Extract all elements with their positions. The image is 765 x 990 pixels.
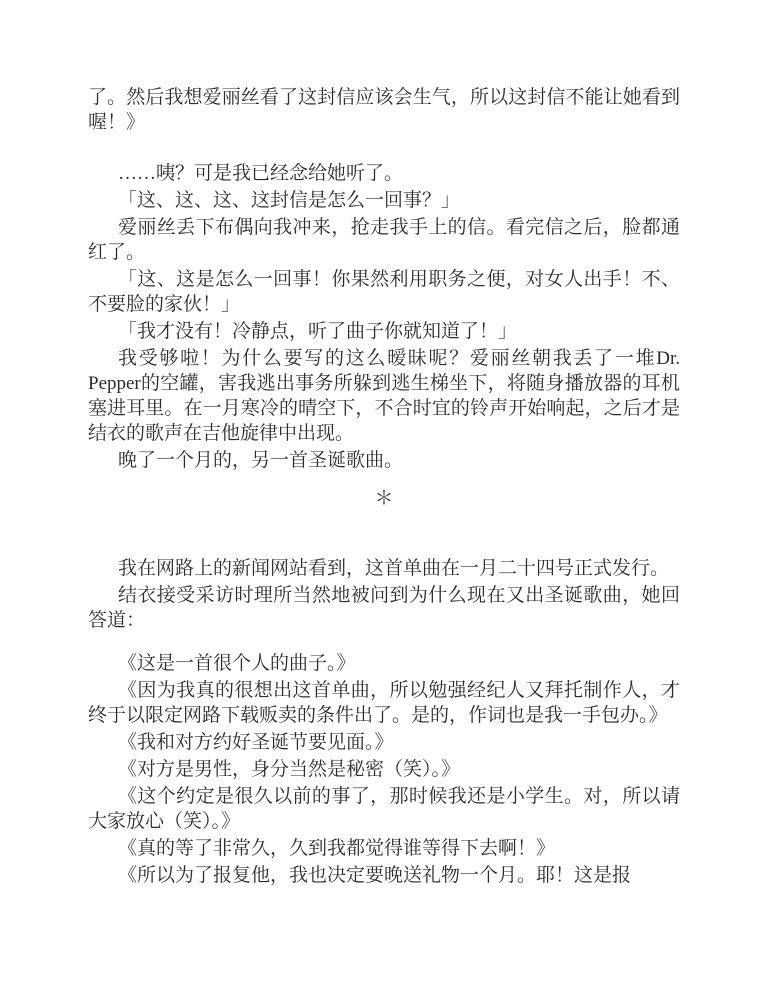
paragraph: 爱丽丝丢下布偶向我冲来，抢走我手上的信。看完信之后，脸都通红了。 bbox=[88, 215, 680, 265]
section-divider: ＊ bbox=[88, 486, 680, 511]
paragraph: 「这、这是怎么一回事！你果然利用职务之便，对女人出手！不、不要脸的家伙！」 bbox=[88, 267, 680, 317]
paragraph: 「我才没有！冷静点，听了曲子你就知道了！」 bbox=[88, 319, 680, 344]
paragraph: 《这个约定是很久以前的事了，那时候我还是小学生。对，所以请大家放心（笑）。》 bbox=[88, 784, 680, 834]
text-body: 了。然后我想爱丽丝看了这封信应该会生气，所以这封信不能让她看到喔！》 ……咦？可… bbox=[88, 85, 680, 890]
document-page: 了。然后我想爱丽丝看了这封信应该会生气，所以这封信不能让她看到喔！》 ……咦？可… bbox=[0, 0, 765, 990]
paragraph: 《这是一首很个人的曲子。》 bbox=[88, 651, 680, 676]
paragraph: 《所以为了报复他，我也决定要晚送礼物一个月。耶！这是报 bbox=[88, 863, 680, 888]
paragraph: 「这、这、这、这封信是怎么一回事？」 bbox=[88, 188, 680, 213]
paragraph: 我在网路上的新闻网站看到，这首单曲在一月二十四号正式发行。 bbox=[88, 556, 680, 581]
paragraph: 了。然后我想爱丽丝看了这封信应该会生气，所以这封信不能让她看到喔！》 bbox=[88, 85, 680, 135]
paragraph: 《对方是男性，身分当然是秘密（笑）。》 bbox=[88, 757, 680, 782]
paragraph: 晚了一个月的，另一首圣诞歌曲。 bbox=[88, 448, 680, 473]
paragraph: 《因为我真的很想出这首单曲，所以勉强经纪人又拜托制作人，才终于以限定网路下载贩卖… bbox=[88, 678, 680, 728]
paragraph: 《真的等了非常久，久到我都觉得谁等得下去啊！》 bbox=[88, 836, 680, 861]
paragraph: ……咦？可是我已经念给她听了。 bbox=[88, 161, 680, 186]
paragraph: 我受够啦！为什么要写的这么暧昧呢？爱丽丝朝我丢了一堆Dr. Pepper的空罐，… bbox=[88, 346, 680, 446]
paragraph: 《我和对方约好圣诞节要见面。》 bbox=[88, 730, 680, 755]
paragraph: 结衣接受采访时理所当然地被问到为什么现在又出圣诞歌曲，她回答道： bbox=[88, 583, 680, 633]
